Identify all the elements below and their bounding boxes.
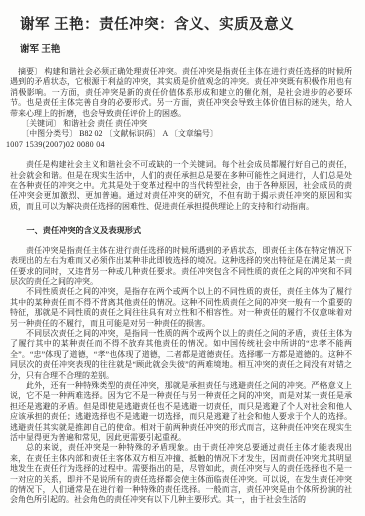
document-page: 谢军 王艳：责任冲突：含义、实质及意义 谢军 王艳 摘要〕 构建和谐社会必须正确… bbox=[0, 0, 365, 516]
authors-line: 谢军 王艳 bbox=[20, 44, 352, 56]
body-paragraph: 总的来说，责任冲突是一种特殊的矛盾现象。由于责任冲突总要通过责任主体才能表现出来… bbox=[10, 443, 352, 505]
page-title: 谢军 王艳：责任冲突：含义、实质及意义 bbox=[20, 16, 352, 34]
keywords-line: 〔关键词〕 和谐社会 责任 责任冲突 bbox=[10, 119, 352, 129]
intro-paragraph: 责任是构建社会主义和谐社会不可或缺的一个关键词。每个社会成员都履行好自己的责任，… bbox=[10, 160, 352, 212]
article-number: 1007 1539(2007)02 0080 04 bbox=[6, 140, 352, 150]
classification-line: 〔中图分类号〕 B82 02 〔文献标识码〕 A 〔文章编号〕 bbox=[10, 129, 352, 139]
abstract-block: 摘要〕 构建和谐社会必须正确处理责任冲突。责任冲突是指责任主体在进行责任选择的时… bbox=[10, 67, 352, 150]
body-paragraph: 不同性质责任之间的冲突，是指存在两个或两个以上的不同性质的责任，责任主体为了履行… bbox=[10, 287, 352, 329]
body-paragraph: 责任冲突是指责任主体在进行责任选择的时候所遇到的矛盾状态，即责任主体在特定情况下… bbox=[10, 246, 352, 288]
section-heading: 一、责任冲突的含义及表现形式 bbox=[10, 226, 352, 236]
abstract-text: 摘要〕 构建和谐社会必须正确处理责任冲突。责任冲突是指责任主体在进行责任选择的时… bbox=[10, 67, 352, 119]
body-paragraph: 此外，还有一种特殊类型的责任冲突，那就是承担责任与逃避责任之间的冲突。严格意义上… bbox=[10, 381, 352, 443]
body-paragraph: 不同层次责任之间的冲突，是指同一性质的两个或两个以上的责任之间的矛盾，责任主体为… bbox=[10, 329, 352, 381]
